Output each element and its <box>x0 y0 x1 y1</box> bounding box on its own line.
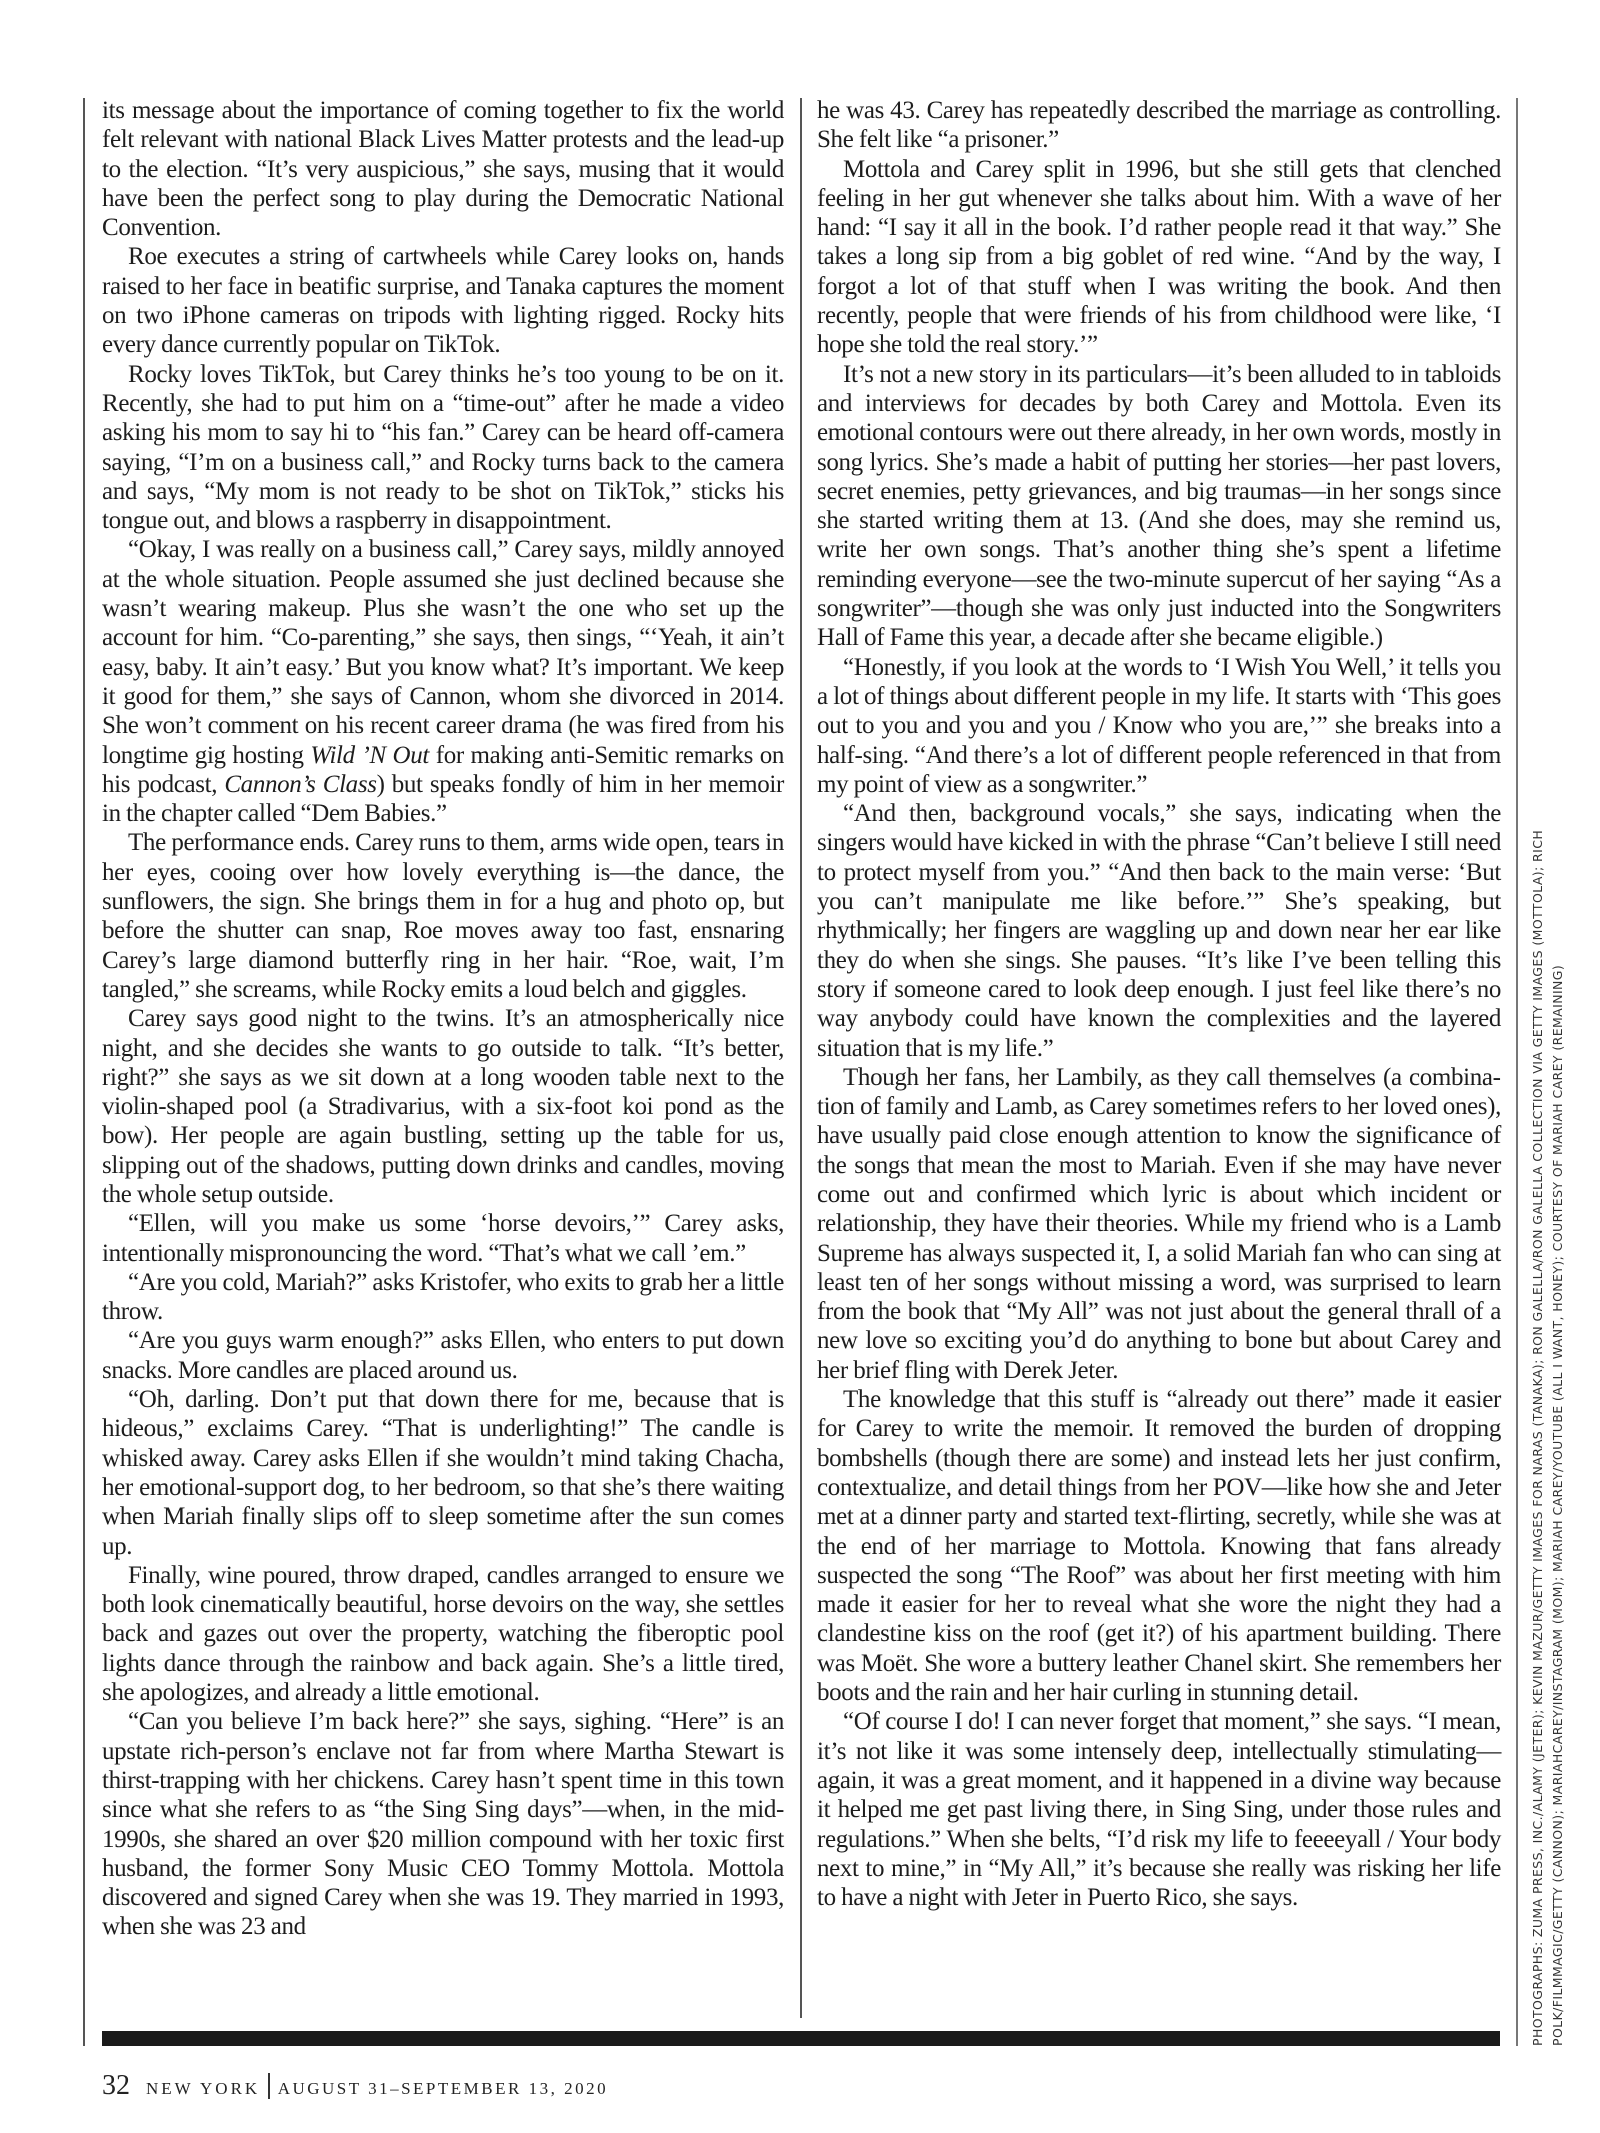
paragraph-text: “Of course I do! I can never forget that… <box>817 1708 1501 1911</box>
article-paragraph: he was 43. Carey has repeatedly describe… <box>817 96 1501 155</box>
article-paragraph: Finally, wine poured, throw draped, cand… <box>102 1561 784 1707</box>
paragraph-text: “Ellen, will you make us some ‘horse dev… <box>102 1210 784 1266</box>
article-paragraph: Though her fans, her Lambily, as they ca… <box>817 1063 1501 1385</box>
paragraph-text: “And then, background vocals,” she says,… <box>817 800 1501 1061</box>
article-paragraph: “Ellen, will you make us some ‘horse dev… <box>102 1209 784 1268</box>
paragraph-text: The performance ends. Carey runs to them… <box>102 829 784 1002</box>
italic-title-text: Wild ’N Out <box>310 742 429 769</box>
article-paragraph: The knowledge that this stuff is “alread… <box>817 1385 1501 1707</box>
article-paragraph: “Oh, darling. Don’t put that down there … <box>102 1385 784 1561</box>
article-paragraph: “Of course I do! I can never forget that… <box>817 1707 1501 1912</box>
article-paragraph: “Are you guys warm enough?” asks Ellen, … <box>102 1326 784 1385</box>
article-paragraph: “Can you believe I’m back here?” she say… <box>102 1707 784 1941</box>
article-paragraph: Rocky loves TikTok, but Carey thinks he’… <box>102 360 784 536</box>
magazine-page: its message about the importance of comi… <box>0 0 1600 2133</box>
page-footer: 32 New York August 31–September 13, 2020 <box>102 2070 608 2102</box>
footer-separator <box>268 2073 270 2099</box>
article-paragraph: Carey says good night to the twins. It’s… <box>102 1004 784 1209</box>
paragraph-text: “Can you believe I’m back here?” she say… <box>102 1708 784 1940</box>
article-paragraph: It’s not a new story in its particulars—… <box>817 360 1501 653</box>
article-paragraph: Mottola and Carey split in 1996, but she… <box>817 155 1501 360</box>
article-paragraph: “Honestly, if you look at the words to ‘… <box>817 653 1501 799</box>
paragraph-text: Carey says good night to the twins. It’s… <box>102 1005 784 1208</box>
right-margin-rule <box>1516 98 1518 2046</box>
article-paragraph: “Okay, I was really on a business call,”… <box>102 535 784 828</box>
article-paragraph: Roe executes a string of cartwheels whil… <box>102 242 784 359</box>
paragraph-text: “Are you guys warm enough?” asks Ellen, … <box>102 1327 784 1383</box>
publication-name: New York <box>146 2079 260 2099</box>
column-divider-rule <box>800 98 802 2018</box>
paragraph-text: its message about the importance of comi… <box>102 97 784 241</box>
paragraph-text: he was 43. Carey has repeatedly describe… <box>817 97 1501 153</box>
photo-credits-line-1: PHOTOGRAPHS: ZUMA PRESS, INC./ALAMY (JET… <box>1528 246 1548 2046</box>
article-right-column: he was 43. Carey has repeatedly describe… <box>817 96 1501 1912</box>
paragraph-text: “Okay, I was really on a business call,”… <box>102 536 784 768</box>
paragraph-text: “Honestly, if you look at the words to ‘… <box>817 654 1501 798</box>
issue-date: August 31–September 13, 2020 <box>278 2079 608 2099</box>
paragraph-text: Roe executes a string of cartwheels whil… <box>102 243 784 358</box>
page-number: 32 <box>102 2070 130 2102</box>
photo-credits: PHOTOGRAPHS: ZUMA PRESS, INC./ALAMY (JET… <box>1528 246 1568 2046</box>
left-column-rule <box>83 98 85 2046</box>
article-paragraph: “And then, background vocals,” she says,… <box>817 799 1501 1063</box>
article-paragraph: “Are you cold, Mariah?” asks Kristofer, … <box>102 1268 784 1327</box>
paragraph-text: “Are you cold, Mariah?” asks Kristofer, … <box>102 1269 784 1325</box>
end-of-article-bar <box>102 2031 1500 2046</box>
paragraph-text: Mottola and Carey split in 1996, but she… <box>817 156 1501 359</box>
photo-credits-line-2: POLK/FILMMAGIC/GETTY (CANNON); MARIAHCAR… <box>1548 246 1568 2046</box>
paragraph-text: It’s not a new story in its particulars—… <box>817 361 1501 652</box>
paragraph-text: The knowledge that this stuff is “alread… <box>817 1386 1501 1706</box>
article-paragraph: its message about the importance of comi… <box>102 96 784 242</box>
paragraph-text: Though her fans, her Lambily, as they ca… <box>817 1064 1501 1384</box>
italic-title-text: Can­non’s Class <box>224 771 376 798</box>
paragraph-text: Finally, wine poured, throw draped, cand… <box>102 1562 784 1706</box>
article-left-column: its message about the importance of comi… <box>102 96 784 1942</box>
paragraph-text: “Oh, darling. Don’t put that down there … <box>102 1386 784 1559</box>
paragraph-text: Rocky loves TikTok, but Carey thinks he’… <box>102 361 784 534</box>
article-paragraph: The performance ends. Carey runs to them… <box>102 828 784 1004</box>
